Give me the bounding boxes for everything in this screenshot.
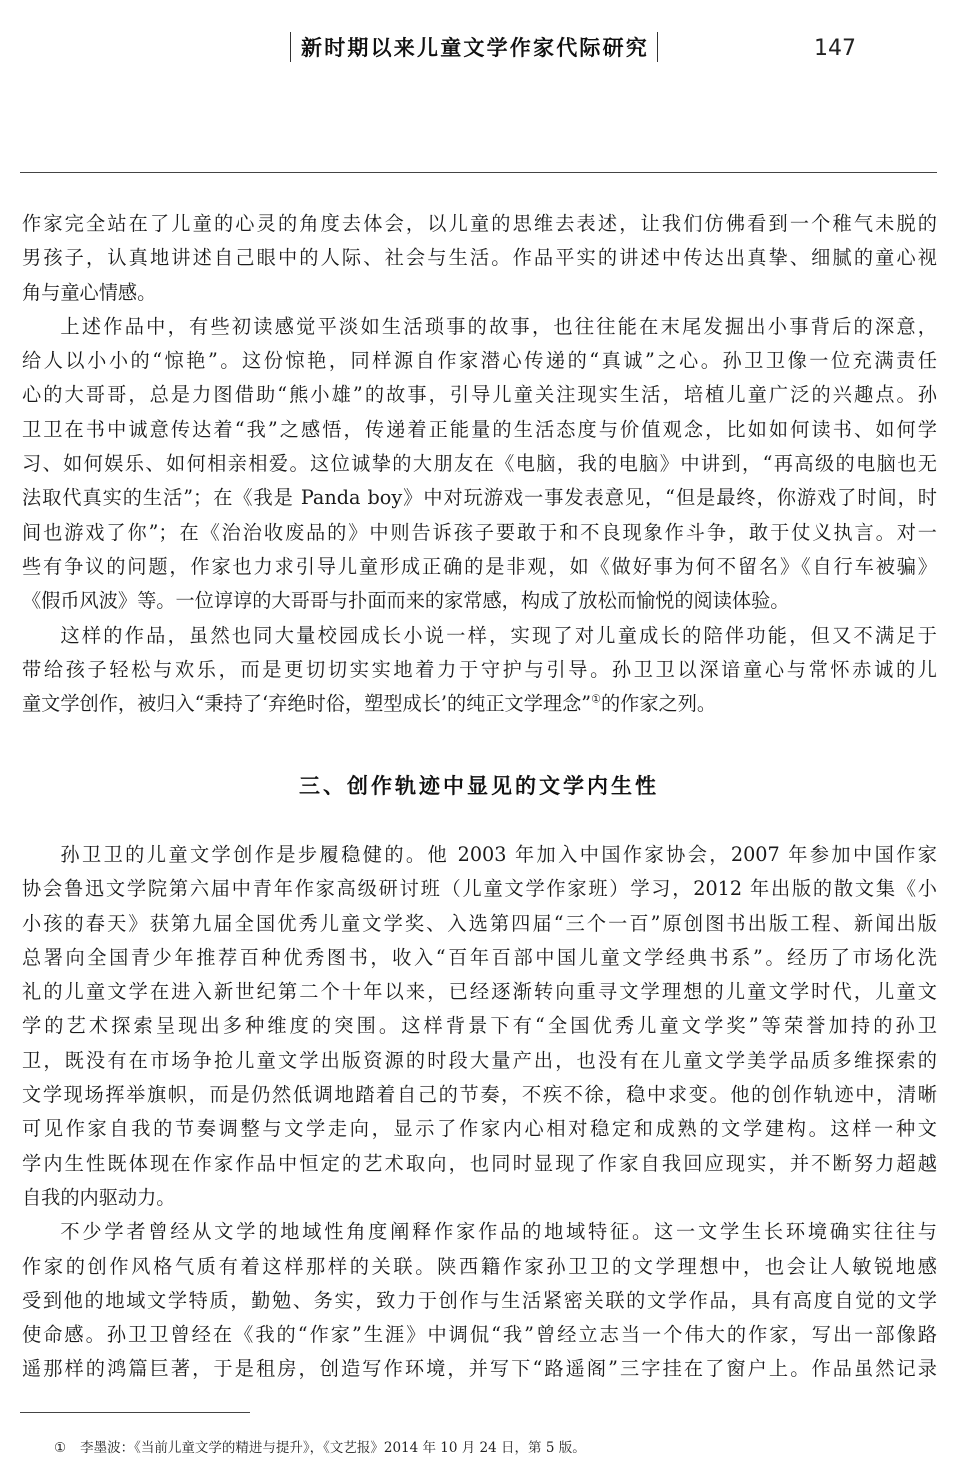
section-heading: 三、创作轨迹中显见的文学内生性 — [0, 770, 958, 800]
text-line: 带给孩子轻松与欢乐，而是更切切实实地着力于守护与引导。孙卫卫以深谙童心与常怀赤诚… — [22, 653, 937, 687]
text-line: 文学现场挥举旗帜，而是仍然低调地踏着自己的节奏，不疾不徐，稳中求变。他的创作轨迹… — [22, 1078, 937, 1112]
text-line: 这样的作品，虽然也同大量校园成长小说一样，实现了对儿童成长的陪伴功能，但又不满足… — [22, 619, 937, 653]
text-line: 《假币风波》等。一位谆谆的大哥哥与扑面而来的家常感，构成了放松而愉悦的阅读体验。 — [22, 584, 937, 618]
text-line: 使命感。孙卫卫曾经在《我的“作家”生涯》中调侃“我”曾经立志当一个伟大的作家，写… — [22, 1318, 937, 1352]
text-line: 总署向全国青少年推荐百种优秀图书，收入“百年百部中国儿童文学经典书系”。经历了市… — [22, 941, 937, 975]
page-number: 147 — [814, 36, 856, 61]
text-line: 作家完全站在了儿童的心灵的角度去体会，以儿童的思维去表述，让我们仿佛看到一个稚气… — [22, 207, 937, 241]
text-line: 习、如何娱乐、如何相亲相爱。这位诚挚的大朋友在《电脑，我的电脑》中讲到，“再高级… — [22, 447, 937, 481]
text-line: 受到他的地域文学特质，勤勉、务实，致力于创作与生活紧密关联的文学作品，具有高度自… — [22, 1284, 937, 1318]
text-line: 可见作家自我的节奏调整与文学走向，显示了作家内心相对稳定和成熟的文学建构。这样一… — [22, 1112, 937, 1146]
text-line: 男孩子，认真地讲述自己眼中的人际、社会与生活。作品平实的讲述中传达出真挚、细腻的… — [22, 241, 937, 275]
text-line: 卫卫在书中诚意传达着“我”之感悟，传递着正能量的生活态度与价值观念，比如如何读书… — [22, 413, 937, 447]
footnote-text: 李墨波：《当前儿童文学的精进与提升》，《文艺报》2014 年 10 月 24 日… — [80, 1440, 586, 1456]
footnote-rule — [20, 1412, 250, 1413]
footnote: ①李墨波：《当前儿童文学的精进与提升》，《文艺报》2014 年 10 月 24 … — [54, 1436, 586, 1456]
running-head-right-bar — [657, 32, 658, 62]
text-line: 上述作品中，有些初读感觉平淡如生活琐事的故事，也往往能在末尾发掘出小事背后的深意… — [22, 310, 937, 344]
text-line: 学内生性既体现在作家作品中恒定的艺术取向，也同时显现了作家自我回应现实，并不断努… — [22, 1147, 937, 1181]
text-line: 给人以小小的“惊艳”。这份惊艳，同样源自作家潜心传递的“真诚”之心。孙卫卫像一位… — [22, 344, 937, 378]
paragraph-4: 孙卫卫的儿童文学创作是步履稳健的。他 2003 年加入中国作家协会，2007 年… — [22, 838, 937, 1215]
footnote-mark: ① — [54, 1440, 66, 1456]
paragraph-3: 这样的作品，虽然也同大量校园成长小说一样，实现了对儿童成长的陪伴功能，但又不满足… — [22, 619, 937, 722]
text-line-with-footnote: 童文学创作，被归入“秉持了‘弃绝时俗，塑型成长’的纯正文学理念”①的作家之列。 — [22, 687, 937, 721]
text-line: 不少学者曾经从文学的地域性角度阐释作家作品的地域特征。这一文学生长环境确实往往与 — [22, 1215, 937, 1249]
header-rule — [20, 172, 937, 173]
text-after-footnote-ref: 的作家之列。 — [601, 692, 716, 715]
paragraph-1: 作家完全站在了儿童的心灵的角度去体会，以儿童的思维去表述，让我们仿佛看到一个稚气… — [22, 207, 937, 310]
running-head: 新时期以来儿童文学作家代际研究 — [290, 30, 658, 64]
text-line: 礼的儿童文学在进入新世纪第二个十年以来，已经逐渐转向重寻文学理想的儿童文学时代，… — [22, 975, 937, 1009]
text-line: 卫，既没有在市场争抢儿童文学出版资源的时段大量产出，也没有在儿童文学美学品质多维… — [22, 1044, 937, 1078]
text-line: 协会鲁迅文学院第六届中青年作家高级研讨班（儿童文学作家班）学习，2012 年出版… — [22, 872, 937, 906]
text-line: 角与童心情感。 — [22, 276, 937, 310]
body-section-2: 孙卫卫的儿童文学创作是步履稳健的。他 2003 年加入中国作家协会，2007 年… — [22, 838, 937, 1387]
text-line: 间也游戏了你”；在《治治收废品的》中则告诉孩子要敢于和不良现象作斗争，敢于仗义执… — [22, 516, 937, 550]
text-line: 作家的创作风格气质有着这样那样的关联。陕西籍作家孙卫卫的文学理想中，也会让人敏锐… — [22, 1250, 937, 1284]
text-line: 学的艺术探索呈现出多种维度的突围。这样背景下有“全国优秀儿童文学奖”等荣誉加持的… — [22, 1009, 937, 1043]
paragraph-2: 上述作品中，有些初读感觉平淡如生活琐事的故事，也往往能在末尾发掘出小事背后的深意… — [22, 310, 937, 619]
text-line: 自我的内驱动力。 — [22, 1181, 937, 1215]
text-line: 些有争议的问题，作家也力求引导儿童形成正确的是非观，如《做好事为何不留名》《自行… — [22, 550, 937, 584]
running-head-title: 新时期以来儿童文学作家代际研究 — [291, 32, 657, 62]
body-section-1: 作家完全站在了儿童的心灵的角度去体会，以儿童的思维去表述，让我们仿佛看到一个稚气… — [22, 207, 937, 721]
text-line: 遥那样的鸿篇巨著，于是租房，创造写作环境，并写下“路遥阁”三字挂在了窗户上。作品… — [22, 1352, 937, 1386]
footnote-ref[interactable]: ① — [591, 693, 601, 706]
text-line: 法取代真实的生活”；在《我是 Panda boy》中对玩游戏一事发表意见，“但是… — [22, 481, 937, 515]
text-before-footnote-ref: 童文学创作，被归入“秉持了‘弃绝时俗，塑型成长’的纯正文学理念” — [22, 692, 591, 715]
text-line: 孙卫卫的儿童文学创作是步履稳健的。他 2003 年加入中国作家协会，2007 年… — [22, 838, 937, 872]
text-line: 心的大哥哥，总是力图借助“熊小雄”的故事，引导儿童关注现实生活，培植儿童广泛的兴… — [22, 378, 937, 412]
paragraph-5: 不少学者曾经从文学的地域性角度阐释作家作品的地域特征。这一文学生长环境确实往往与… — [22, 1215, 937, 1386]
text-line: 小孩的春天》获第九届全国优秀儿童文学奖、入选第四届“三个一百”原创图书出版工程、… — [22, 907, 937, 941]
